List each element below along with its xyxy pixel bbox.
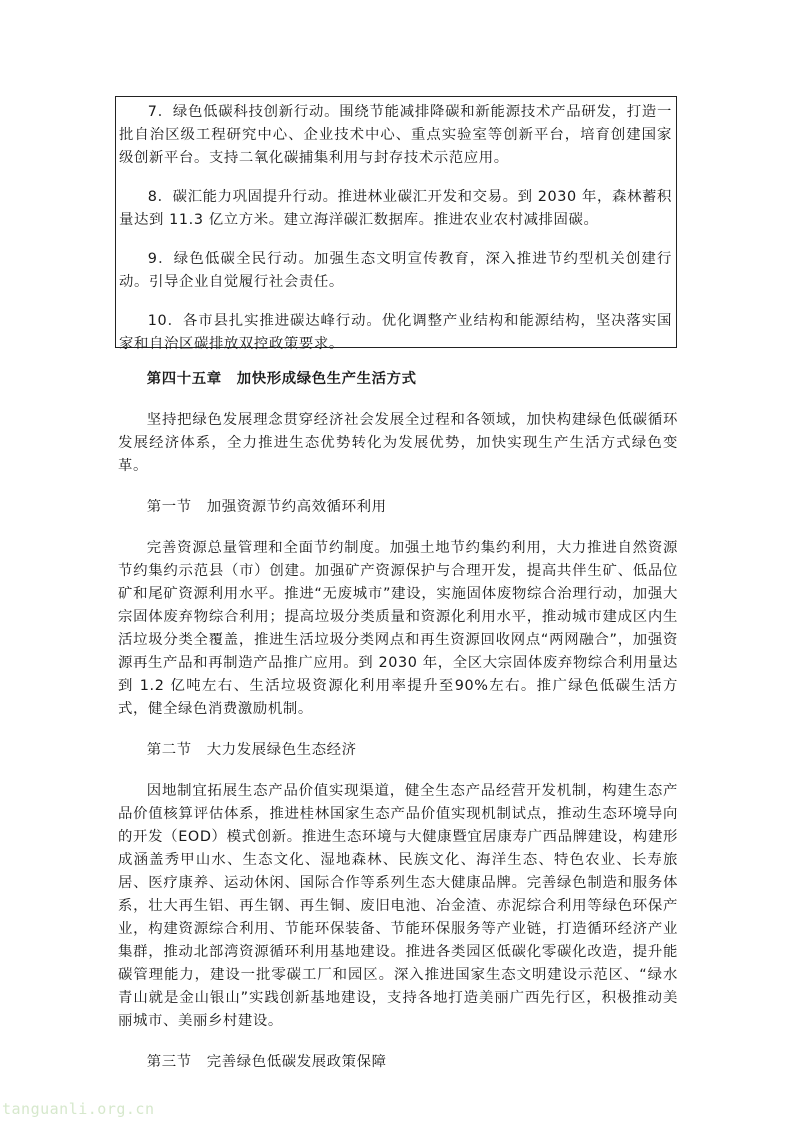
boxed-item-8: 8．碳汇能力巩固提升行动。推进林业碳汇开发和交易。到 2030 年，森林蓄积量达… <box>119 186 672 232</box>
section-1-title: 第一节 加强资源节约高效循环利用 <box>118 496 678 519</box>
watermark: tanguanli.org.cn <box>2 1100 155 1118</box>
chapter-title: 第四十五章 加快形成绿色生产生活方式 <box>118 368 678 391</box>
chapter-intro: 坚持把绿色发展理念贯穿经济社会发展全过程和各领域，加快构建绿色低碳循环发展经济体… <box>118 409 678 478</box>
boxed-item-7: 7．绿色低碳科技创新行动。围绕节能减排降碳和新能源技术产品研发，打造一批自治区级… <box>119 101 672 170</box>
section-2-body: 因地制宜拓展生态产品价值实现渠道，健全生态产品经营开发机制，构建生态产品价值核算… <box>118 780 678 1033</box>
document-page: 7．绿色低碳科技创新行动。围绕节能减排降碳和新能源技术产品研发，打造一批自治区级… <box>0 0 793 1122</box>
boxed-item-9: 9．绿色低碳全民行动。加强生态文明宣传教育，深入推进节约型机关创建行动。引导企业… <box>119 248 672 294</box>
boxed-action-list: 7．绿色低碳科技创新行动。围绕节能减排降碳和新能源技术产品研发，打造一批自治区级… <box>115 96 677 348</box>
section-3-title: 第三节 完善绿色低碳发展政策保障 <box>118 1051 678 1074</box>
section-1-body: 完善资源总量管理和全面节约制度。加强土地节约集约利用，大力推进自然资源节约集约示… <box>118 537 678 721</box>
section-2-title: 第二节 大力发展绿色生态经济 <box>118 739 678 762</box>
boxed-item-10: 10．各市县扎实推进碳达峰行动。优化调整产业结构和能源结构，坚决落实国家和自治区… <box>119 310 672 356</box>
chapter-content: 第四十五章 加快形成绿色生产生活方式 坚持把绿色发展理念贯穿经济社会发展全过程和… <box>118 360 678 1074</box>
